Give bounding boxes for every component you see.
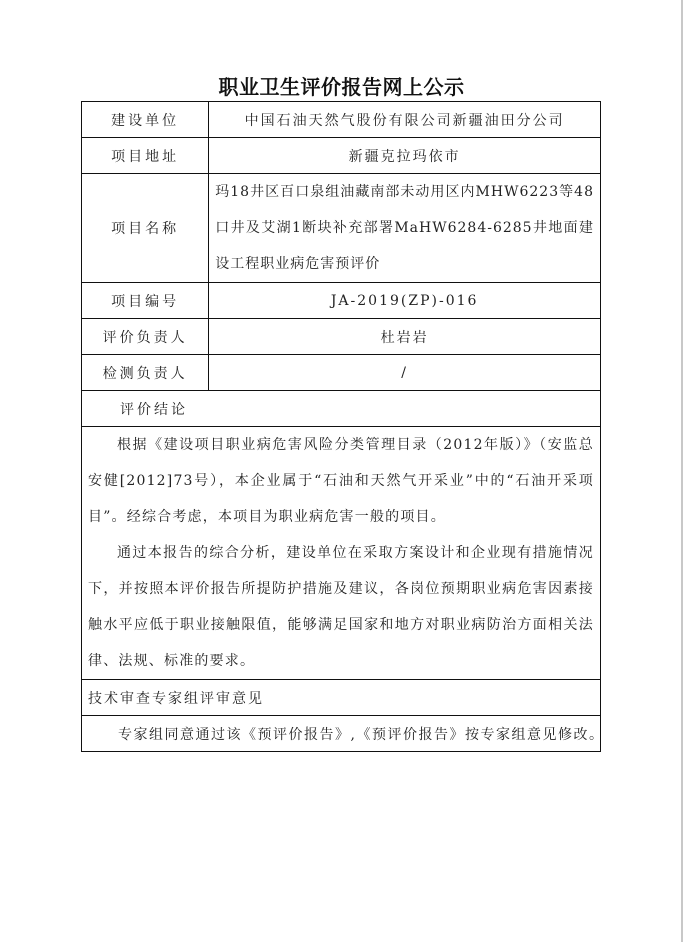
label-project-address: 项目地址 bbox=[82, 138, 209, 174]
value-project-number: JA-2019(ZP)-016 bbox=[209, 283, 601, 319]
label-testing-lead: 检测负责人 bbox=[82, 355, 209, 391]
row-expert-review-opinion: 专家组同意通过该《预评价报告》,《预评价报告》按专家组意见修改。 bbox=[82, 716, 601, 752]
label-project-number: 项目编号 bbox=[82, 283, 209, 319]
row-evaluation-lead: 评价负责人 杜岩岩 bbox=[82, 319, 601, 355]
row-project-address: 项目地址 新疆克拉玛依市 bbox=[82, 138, 601, 174]
expert-review-heading: 技术审查专家组评审意见 bbox=[82, 680, 601, 716]
row-project-name: 项目名称 玛18井区百口泉组油藏南部未动用区内MHW6223等48口井及艾湖1断… bbox=[82, 174, 601, 283]
label-evaluation-lead: 评价负责人 bbox=[82, 319, 209, 355]
value-project-address: 新疆克拉玛依市 bbox=[209, 138, 601, 174]
conclusion-paragraph-2: 通过本报告的综合分析，建设单位在采取方案设计和企业现有措施情况下，并按照本评价报… bbox=[88, 535, 594, 679]
row-expert-review-heading: 技术审查专家组评审意见 bbox=[82, 680, 601, 716]
conclusion-body: 根据《建设项目职业病危害风险分类管理目录（2012年版）》（安监总安健[2012… bbox=[82, 427, 601, 680]
expert-review-opinion: 专家组同意通过该《预评价报告》,《预评价报告》按专家组意见修改。 bbox=[82, 716, 601, 752]
value-project-name: 玛18井区百口泉组油藏南部未动用区内MHW6223等48口井及艾湖1断块补充部署… bbox=[209, 174, 601, 283]
value-testing-lead: / bbox=[209, 355, 601, 391]
label-project-name: 项目名称 bbox=[82, 174, 209, 283]
report-table: 建设单位 中国石油天然气股份有限公司新疆油田分公司 项目地址 新疆克拉玛依市 项… bbox=[81, 101, 601, 752]
label-construction-unit: 建设单位 bbox=[82, 102, 209, 138]
row-construction-unit: 建设单位 中国石油天然气股份有限公司新疆油田分公司 bbox=[82, 102, 601, 138]
conclusion-heading: 评价结论 bbox=[82, 391, 601, 427]
row-conclusion-body: 根据《建设项目职业病危害风险分类管理目录（2012年版）》（安监总安健[2012… bbox=[82, 427, 601, 680]
conclusion-paragraph-1: 根据《建设项目职业病危害风险分类管理目录（2012年版）》（安监总安健[2012… bbox=[88, 427, 594, 535]
value-construction-unit: 中国石油天然气股份有限公司新疆油田分公司 bbox=[209, 102, 601, 138]
row-conclusion-heading: 评价结论 bbox=[82, 391, 601, 427]
row-testing-lead: 检测负责人 / bbox=[82, 355, 601, 391]
row-project-number: 项目编号 JA-2019(ZP)-016 bbox=[82, 283, 601, 319]
value-evaluation-lead: 杜岩岩 bbox=[209, 319, 601, 355]
document-title: 职业卫生评价报告网上公示 bbox=[0, 74, 683, 100]
